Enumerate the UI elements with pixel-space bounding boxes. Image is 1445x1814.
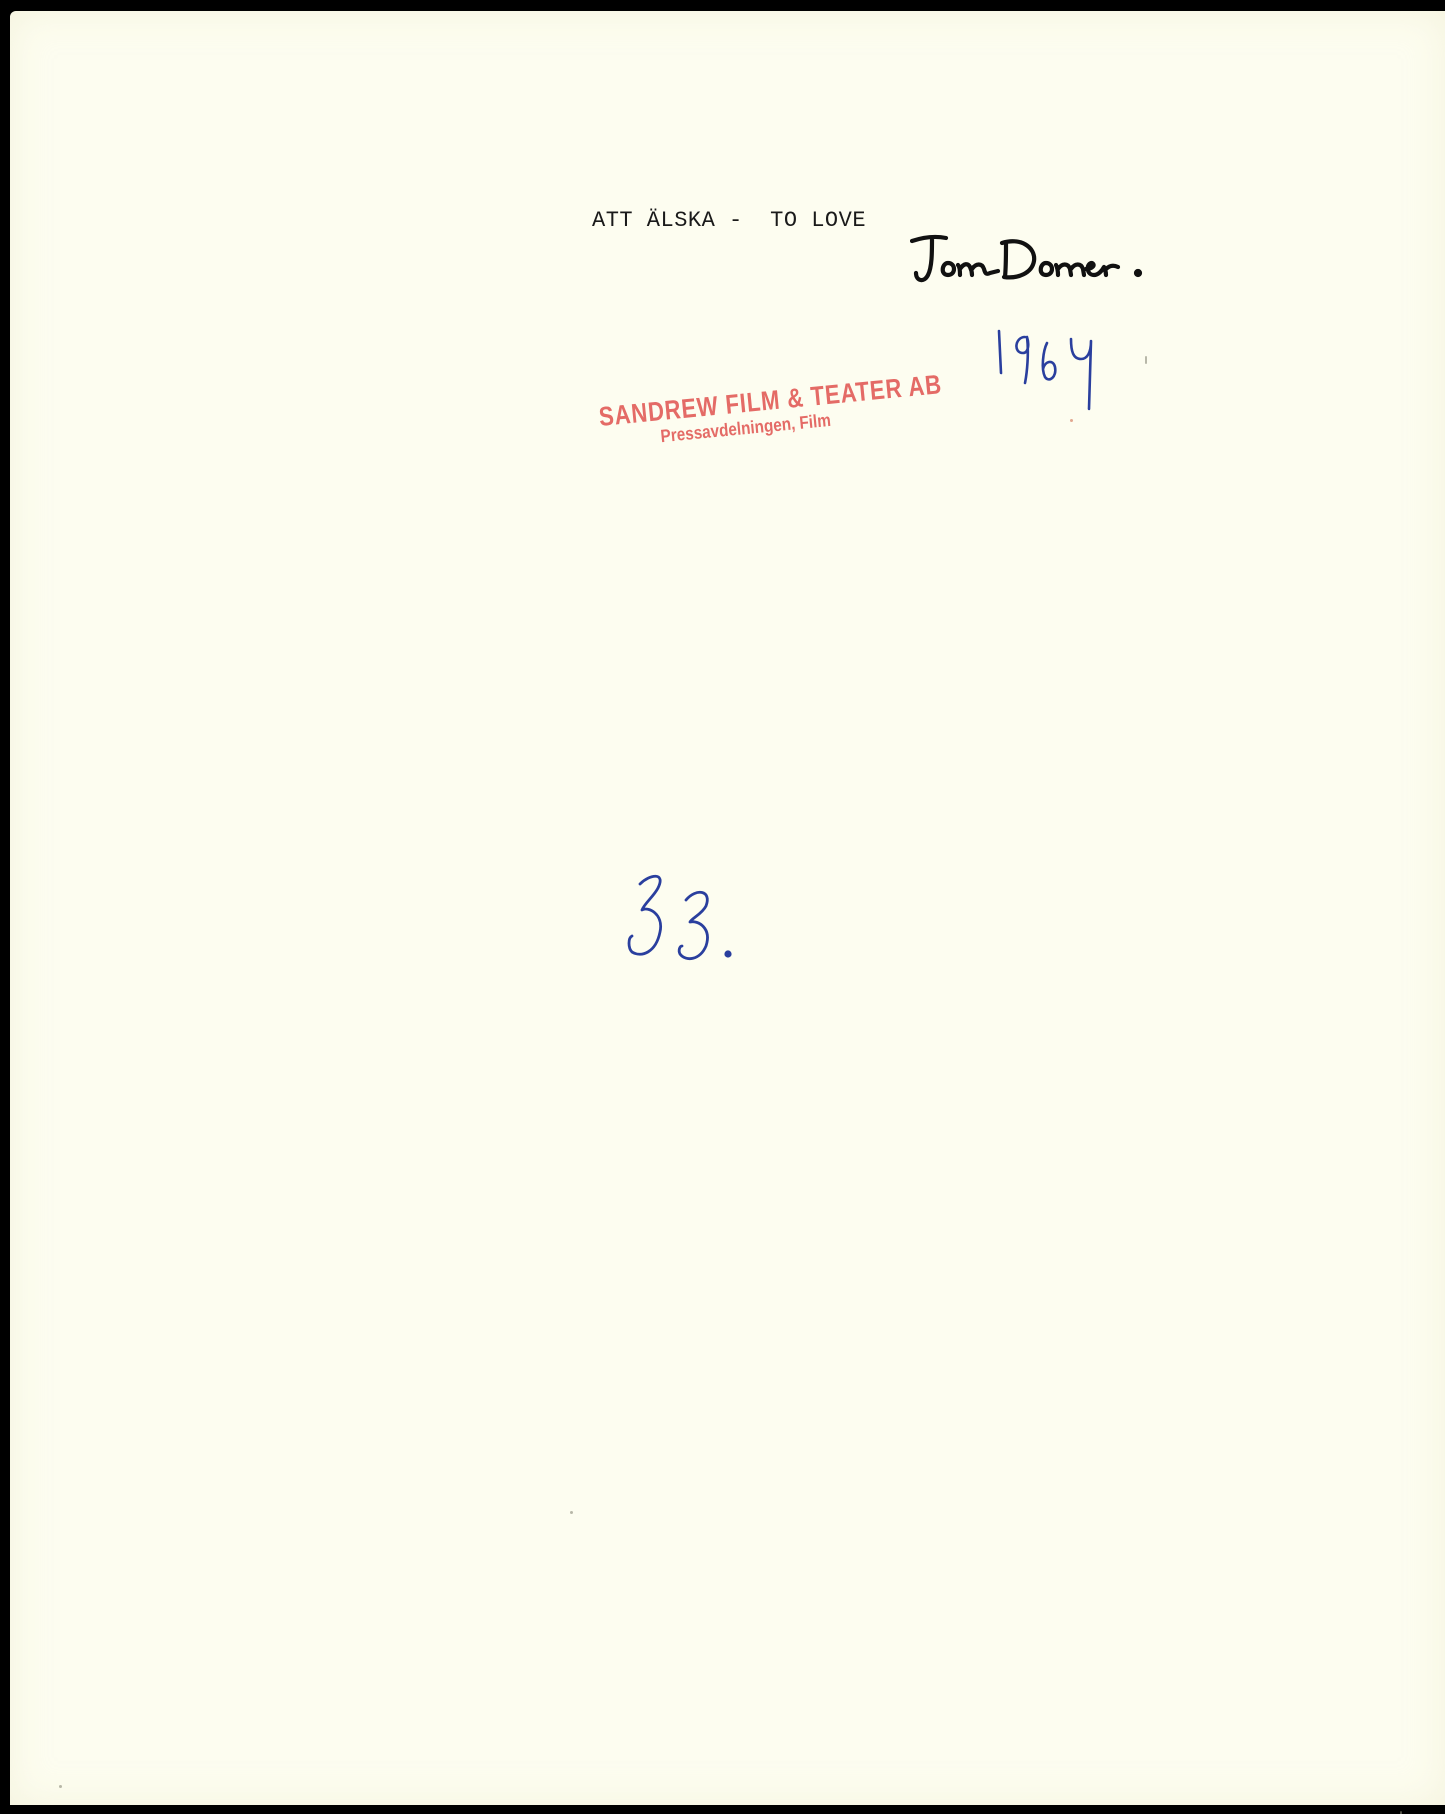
paper-speck bbox=[1145, 356, 1147, 364]
handwritten-number: 33. bbox=[622, 866, 762, 996]
handwritten-signature: Jörn Donner. bbox=[910, 233, 1190, 303]
typed-title: ATT ÄLSKA - TO LOVE bbox=[592, 208, 866, 233]
document-page: ATT ÄLSKA - TO LOVE Jörn Donner. 1964 bbox=[10, 11, 1445, 1805]
company-stamp: SANDREW FILM & TEATER AB Pressavdelninge… bbox=[598, 363, 1021, 452]
paper-speck bbox=[1070, 419, 1073, 422]
number-handwriting-icon bbox=[622, 866, 762, 996]
paper-speck bbox=[570, 1511, 573, 1514]
paper-speck bbox=[59, 1785, 62, 1788]
signature-icon bbox=[910, 233, 1190, 303]
